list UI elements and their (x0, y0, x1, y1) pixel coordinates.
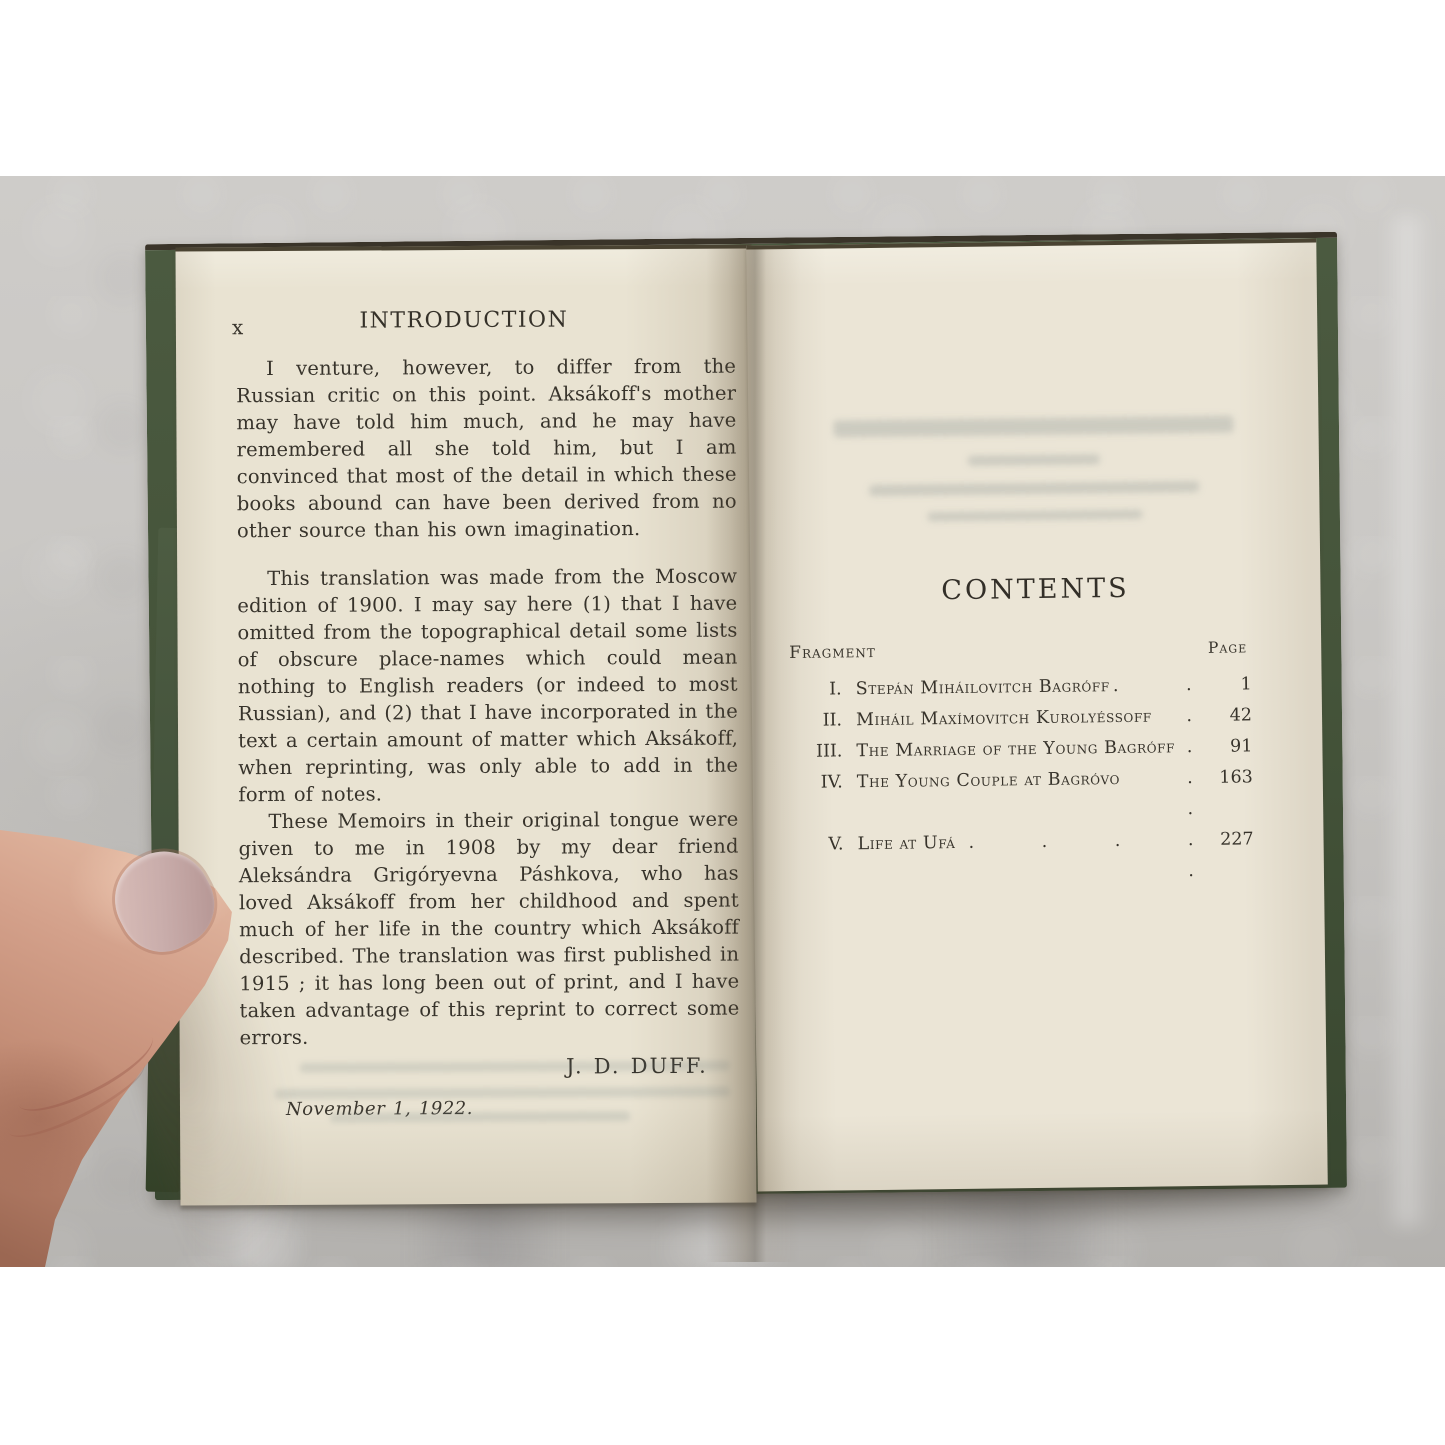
entry-leader-dots: . . (1110, 670, 1206, 702)
entry-title: Life at Ufá (857, 828, 955, 860)
entry-leader-dots: . . (1120, 763, 1208, 826)
entry-numeral: IV. (789, 767, 843, 799)
entry-page-number: 1 (1205, 669, 1251, 701)
contents-entry: V. Life at Ufá . . . . . 227 (789, 824, 1254, 892)
show-through-line (330, 1111, 630, 1123)
entry-leader-dots: . . . . . (955, 825, 1208, 890)
fabric-fold (1384, 216, 1430, 1226)
entry-leader-dots: . (1175, 732, 1207, 763)
entry-numeral: I. (787, 674, 841, 706)
contents-column-page: Page (1208, 638, 1247, 656)
entry-title: Stepán Miháilovitch Bagróff (855, 671, 1109, 705)
right-page: CONTENTS Fragment Page I. Stepán Miháilo… (746, 239, 1328, 1192)
entry-page-number: 91 (1206, 731, 1252, 763)
contents-header-row: Fragment Page (787, 637, 1251, 663)
show-through-block (748, 415, 1319, 524)
table-of-contents: Fragment Page I. Stepán Miháilovitch Bag… (787, 637, 1254, 892)
show-through-line (833, 416, 1233, 438)
entry-page-number: 163 (1207, 762, 1253, 794)
show-through-line (968, 454, 1100, 466)
entry-page-number: 227 (1207, 824, 1253, 856)
intro-paragraph: I venture, however, to differ from the R… (236, 353, 737, 545)
entry-title: The Marriage of the Young Bagróff (856, 732, 1175, 767)
contents-column-fragment: Fragment (789, 642, 876, 663)
photo: x INTRODUCTION I venture, however, to di… (0, 176, 1445, 1267)
entry-title: Miháil Maxímovitch Kurolyéssoff (856, 702, 1152, 737)
show-through-line (927, 510, 1142, 522)
entry-page-number: 42 (1206, 700, 1252, 732)
entry-numeral: II. (788, 705, 842, 737)
show-through-line (869, 481, 1199, 496)
intro-paragraph: These Memoirs in their original tongue w… (238, 806, 739, 1052)
contents-heading: CONTENTS (750, 571, 1320, 609)
entry-numeral: V. (789, 829, 843, 861)
introduction-body: I venture, however, to differ from the R… (236, 353, 740, 1124)
introduction-heading: INTRODUCTION (176, 306, 752, 334)
contents-entries: I. Stepán Miháilovitch Bagróff . . 1 II.… (787, 669, 1254, 892)
entry-numeral: III. (788, 736, 842, 768)
photo-canvas: x INTRODUCTION I venture, however, to di… (0, 0, 1445, 1445)
entry-title: The Young Couple at Bagróvo (857, 764, 1121, 798)
contents-entry: IV. The Young Couple at Bagróvo . . 163 (789, 762, 1254, 830)
intro-paragraph: This translation was made from the Mosco… (237, 563, 738, 809)
entry-leader-dots: . (1152, 701, 1207, 733)
